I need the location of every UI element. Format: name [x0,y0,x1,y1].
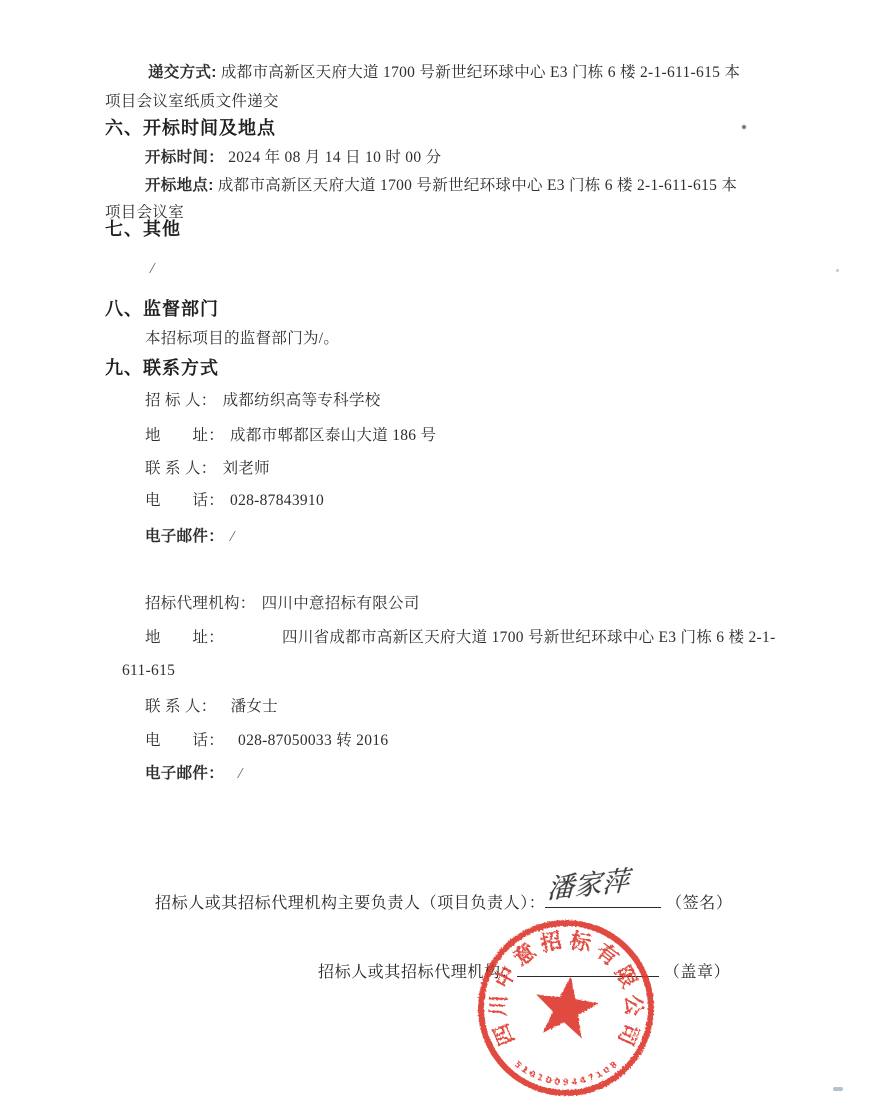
agency-email-row: 电子邮件：/ [145,764,243,784]
stamp-suffix: （盖章） [664,964,730,981]
agency-address-line2: 611-615 [122,661,175,681]
tenderer-phone-row: 电 话：028-87843910 [145,491,324,511]
scan-speck [833,1087,843,1091]
tenderer-name-label: 招 标 人： [145,391,217,411]
svg-text:0: 0 [544,1075,553,1086]
bid-opening-place-label: 开标地点: [145,177,214,194]
svg-text:4: 4 [571,1077,579,1088]
svg-text:5: 5 [512,1060,523,1072]
svg-text:标: 标 [567,928,595,956]
tenderer-address-label: 地 址： [145,426,224,446]
stamp-underline [517,961,659,977]
bid-opening-time-value: 2024 年 08 月 14 日 10 时 00 分 [228,149,441,166]
agency-contact-value: 潘女士 [231,698,278,715]
agency-phone-label: 电 话： [145,731,224,751]
submit-method-label: 递交方式: [148,64,217,81]
signature-underline: 潘家萍 [545,892,661,908]
submit-method-line1: 递交方式: 成都市高新区天府大道 1700 号新世纪环球中心 E3 门栋 6 楼… [148,63,740,83]
bid-opening-time-label: 开标时间： [145,149,224,166]
agency-phone-value: 028-87050033 转 2016 [238,732,388,749]
svg-text:1: 1 [519,1065,530,1077]
agency-stamp-signline: 招标人或其招标代理机构： （盖章） [318,961,730,984]
submit-method-line2: 项目会议室纸质文件递交 [105,92,279,112]
svg-text:0: 0 [527,1069,537,1081]
responsible-person-label: 招标人或其招标代理机构主要负责人（项目负责人）： [155,895,545,912]
agency-address-label: 地 址： [145,628,224,648]
bid-opening-place-line1: 开标地点: 成都市高新区天府大道 1700 号新世纪环球中心 E3 门栋 6 楼… [145,176,737,196]
agency-address-value: 四川省成都市高新区天府大道 1700 号新世纪环球中心 E3 门栋 6 楼 2-… [282,629,776,646]
svg-text:7: 7 [587,1073,596,1085]
section7-content: / [150,259,155,279]
company-seal: 四川中意招标有限公司5101009447108 [466,908,666,1107]
svg-text:4: 4 [579,1075,588,1086]
scan-speck [836,269,839,272]
submit-method-text: 成都市高新区天府大道 1700 号新世纪环球中心 E3 门栋 6 楼 2-1-6… [221,64,740,81]
bid-opening-time-line: 开标时间： 2024 年 08 月 14 日 10 时 00 分 [145,148,441,168]
svg-text:0: 0 [602,1065,613,1077]
svg-text:川: 川 [487,994,511,1016]
svg-text:招: 招 [538,928,564,956]
agency-stamp-label: 招标人或其招标代理机构： [318,964,517,981]
tenderer-contact-row: 联 系 人：刘老师 [145,459,270,479]
svg-text:9: 9 [563,1078,569,1088]
tenderer-email-value: / [230,527,235,547]
svg-text:公: 公 [621,994,645,1016]
responsible-person-signline: 招标人或其招标代理机构主要负责人（项目负责人）：潘家萍 （签名） [155,892,732,915]
agency-email-value: / [238,764,243,784]
agency-email-label: 电子邮件： [145,764,224,784]
scanned-document-page: 递交方式: 成都市高新区天府大道 1700 号新世纪环球中心 E3 门栋 6 楼… [0,0,880,1107]
tenderer-email-label: 电子邮件： [145,527,224,547]
sign-name-suffix: （签名） [666,895,732,912]
seal-ring [481,923,651,1093]
tenderer-address-value: 成都市郫都区泰山大道 186 号 [230,427,436,444]
tenderer-email-row: 电子邮件：/ [145,527,235,547]
scan-speck [742,125,746,129]
section7-heading: 七、其他 [105,218,181,241]
tenderer-contact-value: 刘老师 [223,460,270,477]
seal-text: 四川中意招标有限公司5101009447108 [487,928,645,1088]
svg-text:8: 8 [609,1060,620,1072]
bid-opening-place-value: 成都市高新区天府大道 1700 号新世纪环球中心 E3 门栋 6 楼 2-1-6… [218,177,737,194]
svg-text:四: 四 [490,1020,519,1049]
company-seal-graphic: 四川中意招标有限公司5101009447108 [466,908,666,1107]
section6-heading: 六、开标时间及地点 [105,117,276,140]
agency-name-row: 招标代理机构：四川中意招标有限公司 [145,594,420,614]
section9-heading: 九、联系方式 [105,357,219,380]
tenderer-name-row: 招 标 人：成都纺织高等专科学校 [145,391,381,411]
svg-text:0: 0 [554,1077,562,1088]
agency-name-value: 四川中意招标有限公司 [262,595,420,612]
agency-address-row: 地 址：四川省成都市高新区天府大道 1700 号新世纪环球中心 E3 门栋 6 … [145,628,776,648]
section8-heading: 八、监督部门 [105,298,219,321]
svg-text:1: 1 [536,1073,545,1085]
agency-contact-label: 联 系 人： [145,697,217,717]
tenderer-name-value: 成都纺织高等专科学校 [223,392,381,409]
svg-text:1: 1 [595,1069,605,1081]
section8-content: 本招标项目的监督部门为/。 [145,329,339,349]
agency-name-label: 招标代理机构： [145,594,256,614]
tenderer-phone-label: 电 话： [145,491,224,511]
agency-phone-row: 电 话：028-87050033 转 2016 [145,731,388,751]
tenderer-phone-value: 028-87843910 [230,492,324,509]
tenderer-contact-label: 联 系 人： [145,459,217,479]
tenderer-address-row: 地 址：成都市郫都区泰山大道 186 号 [145,426,436,446]
agency-contact-row: 联 系 人：潘女士 [145,697,278,717]
svg-text:司: 司 [613,1020,642,1049]
handwritten-signature: 潘家萍 [547,864,631,908]
